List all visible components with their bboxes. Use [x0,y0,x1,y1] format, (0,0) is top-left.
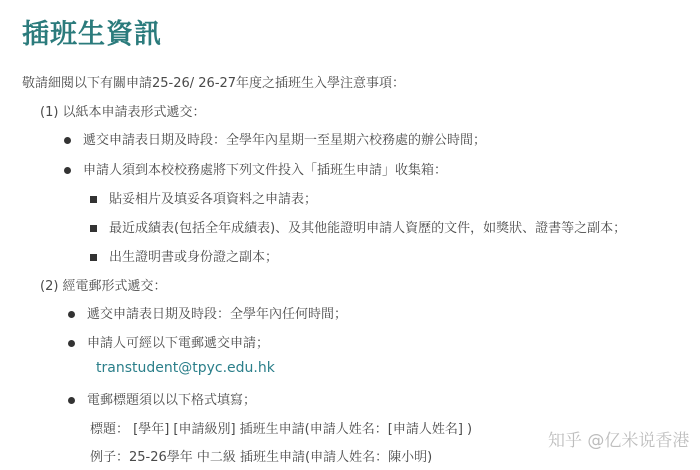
page-title: 插班生資訊 [22,12,162,51]
sub-list-item: 最近成績表(包括全年成績表)、及其他能證明申請人資歷的文件，如獎狀、證書等之副本… [90,217,626,236]
sub-list-item: 貼妥相片及填妥各項資料之申請表； [90,188,317,207]
sub-list-item: 出生證明書或身份證之副本； [90,246,278,265]
list-item: 申請人須到本校校務處將下列文件投入「插班生申請」收集箱： [64,159,447,178]
bullet-icon [68,311,75,318]
list-item: 遞交申請表日期及時段：全學年內任何時間； [68,303,347,322]
square-bullet-icon [90,196,97,203]
watermark: 知乎 @亿米说香港 [548,426,689,451]
email-link[interactable]: transtudent@tpyc.edu.hk [96,360,275,376]
subject-format: 標題： [學年] [申請級別] 插班生申請(申請人姓名：[申請人姓名] ) [90,418,472,437]
square-bullet-icon [90,254,97,261]
list-item: 申請人可經以下電郵遞交申請； [68,332,269,351]
section1-heading: (1) 以紙本申請表形式遞交： [40,101,206,120]
section2-heading: (2) 經電郵形式遞交： [40,275,167,294]
intro-text: 敬請細閱以下有關申請25-26/ 26-27年度之插班生入學注意事項： [22,72,405,91]
list-item: 電郵標題須以以下格式填寫； [68,389,256,408]
list-item: 遞交申請表日期及時段：全學年內星期一至星期六校務處的辦公時間； [64,129,486,148]
bullet-icon [64,167,71,174]
bullet-icon [64,137,71,144]
bullet-icon [68,397,75,404]
bullet-icon [68,340,75,347]
square-bullet-icon [90,225,97,232]
subject-example: 例子：25-26學年 中二級 插班生申請(申請人姓名：陳小明) [90,446,432,465]
